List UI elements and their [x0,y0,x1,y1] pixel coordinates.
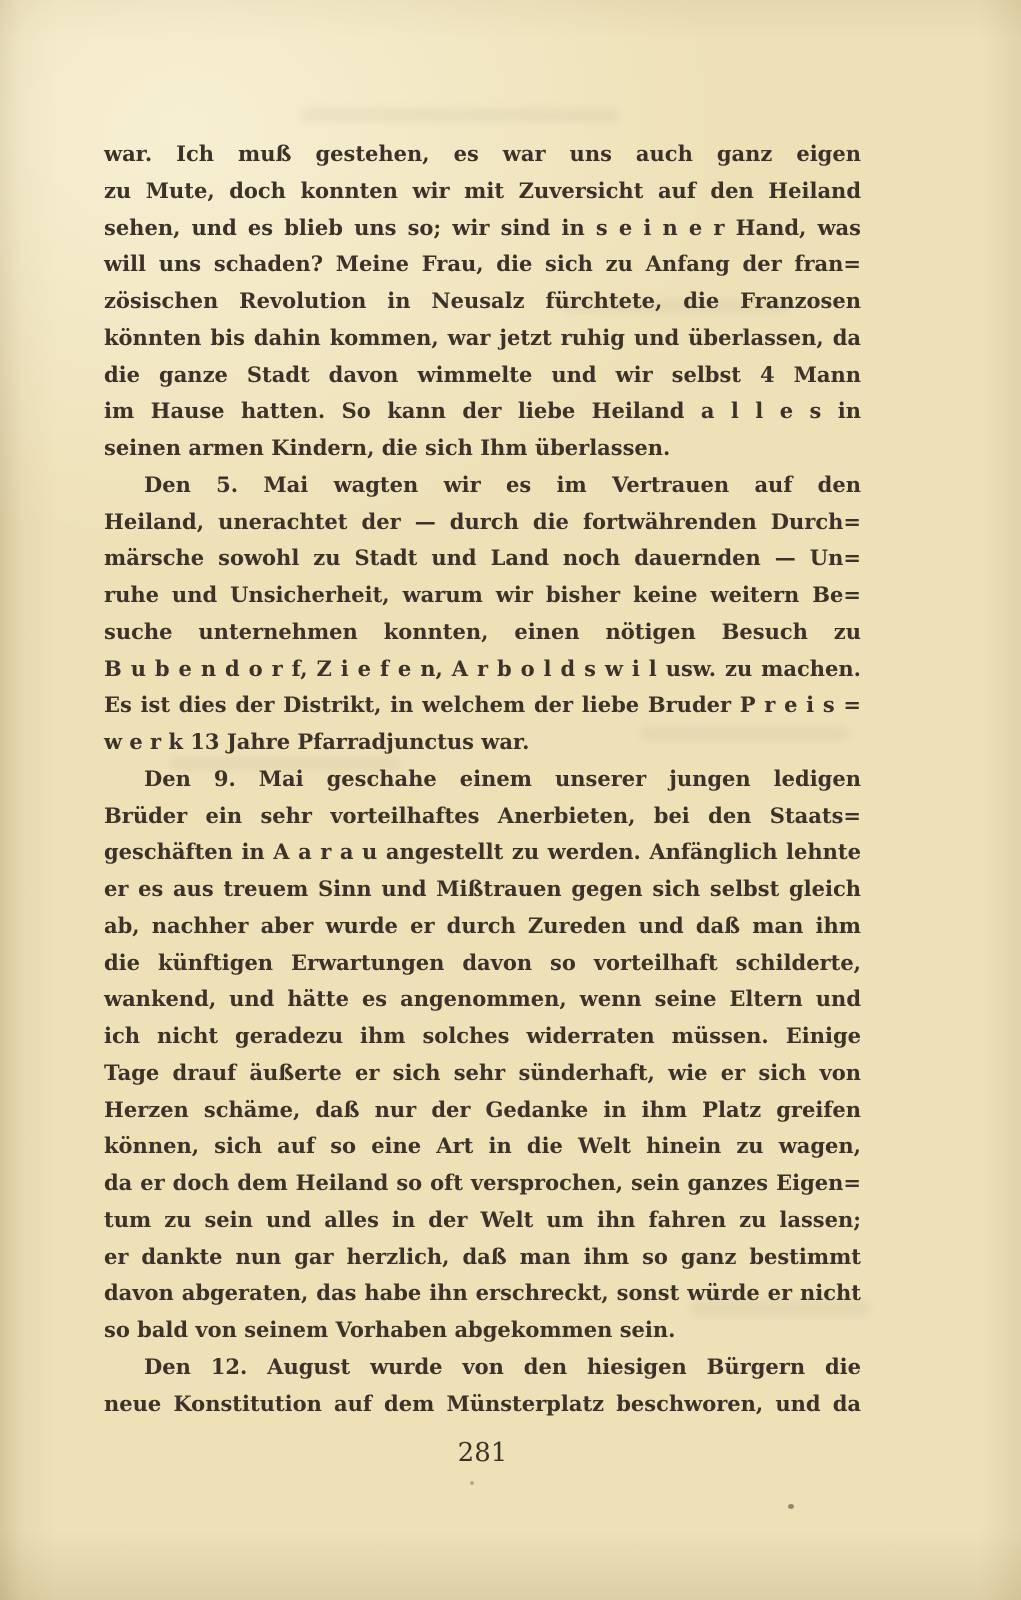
text-line: Den 12. August wurde von den hiesigen Bü… [104,1349,861,1386]
text-line: so bald von seinem Vorhaben abgekommen s… [104,1312,861,1349]
book-page-scan: war. Ich muß gestehen, es war uns auch g… [0,0,1021,1600]
text-line: Tage drauf äußerte er sich sehr sünderha… [104,1055,861,1092]
text-line: Den 5. Mai wagten wir es im Vertrauen au… [104,467,861,504]
text-line: könnten bis dahin kommen, war jetzt ruhi… [104,320,861,357]
text-line: können, sich auf so eine Art in die Welt… [104,1128,861,1165]
text-line: Herzen schäme, daß nur der Gedanke in ih… [104,1092,861,1129]
text-line: ruhe und Unsicherheit, warum wir bisher … [104,577,861,614]
text-line: im Hause hatten. So kann der liebe Heila… [104,393,861,430]
text-line: Heiland, unerachtet der — durch die fort… [104,504,861,541]
text-line: wankend, und hätte es angenommen, wenn s… [104,981,861,1018]
text-line: seinen armen Kindern, die sich Ihm überl… [104,430,861,467]
ink-speck [788,1504,794,1509]
text-line: geschäften in A a r a u angestellt zu we… [104,834,861,871]
text-line: Es ist dies der Distrikt, in welchem der… [104,687,861,724]
text-line: er dankte nun gar herzlich, daß man ihm … [104,1239,861,1276]
text-line: w e r k 13 Jahre Pfarradjunctus war. [104,724,861,761]
text-line: neue Konstitution auf dem Münsterplatz b… [104,1386,861,1423]
text-line: Brüder ein sehr vorteilhaftes Anerbieten… [104,798,861,835]
text-line: davon abgeraten, das habe ihn erschreckt… [104,1275,861,1312]
ink-speck [470,1481,474,1485]
page-text-block: war. Ich muß gestehen, es war uns auch g… [104,136,861,1422]
text-line: zu Mute, doch konnten wir mit Zuversicht… [104,173,861,210]
text-line: zösischen Revolution in Neusalz fürchtet… [104,283,861,320]
show-through-smudge [300,108,620,122]
text-line: will uns schaden? Meine Frau, die sich z… [104,246,861,283]
text-line: da er doch dem Heiland so oft versproche… [104,1165,861,1202]
text-line: die ganze Stadt davon wimmelte und wir s… [104,357,861,394]
text-line: ich nicht geradezu ihm solches widerrate… [104,1018,861,1055]
text-line: tum zu sein und alles in der Welt um ihn… [104,1202,861,1239]
text-line: die künftigen Erwartungen davon so vorte… [104,945,861,982]
text-line: er es aus treuem Sinn und Mißtrauen gege… [104,871,861,908]
text-line: B u b e n d o r f, Z i e f e n, A r b o … [104,651,861,688]
text-line: war. Ich muß gestehen, es war uns auch g… [104,136,861,173]
page-number: 281 [104,1438,861,1468]
text-line: ab, nachher aber wurde er durch Zureden … [104,908,861,945]
text-line: sehen, und es blieb uns so; wir sind in … [104,210,861,247]
text-line: Den 9. Mai geschahe einem unserer jungen… [104,761,861,798]
text-line: märsche sowohl zu Stadt und Land noch da… [104,540,861,577]
text-line: suche unternehmen konnten, einen nötigen… [104,614,861,651]
